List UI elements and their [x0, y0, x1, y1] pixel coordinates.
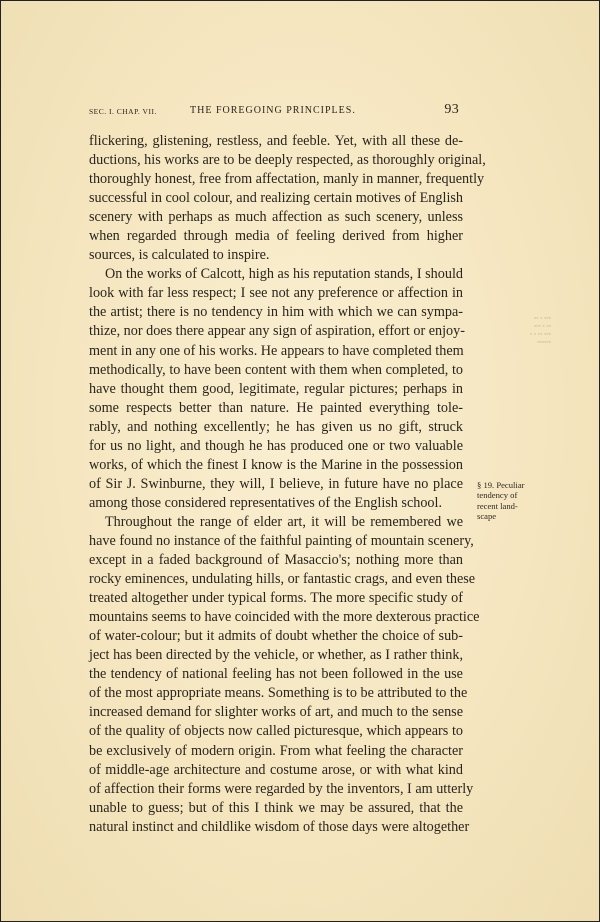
- text-line: of the quality of objects now called pic…: [89, 722, 463, 741]
- margin-note-line: scape: [477, 511, 577, 521]
- text-line: unable to guess; but of this I think we …: [89, 799, 463, 818]
- text-line: of middle-age architecture and costume a…: [89, 761, 463, 780]
- margin-note-line: § 19. Peculiar: [477, 480, 577, 490]
- text-line: of the most appropriate means. Something…: [89, 684, 463, 703]
- text-line: sources, is calculated to inspire.: [89, 246, 463, 265]
- text-line: successful in cool colour, and realizing…: [89, 189, 463, 208]
- text-line: works, of which the finest I know is the…: [89, 456, 463, 475]
- paragraph-start-line: Throughout the range of elder art, it wi…: [89, 513, 463, 532]
- text-line: be exclusively of modern origin. From wh…: [89, 742, 463, 761]
- bleed-through-text: ▪▪▪ ▪ ▪▪▪▪ ▪ ▪▪▪▪▪▪ ▪▪ ▪ ▪▪▪▪▪▪▪: [491, 315, 551, 347]
- text-line: when regarded through media of feeling d…: [89, 227, 463, 246]
- text-line: scenery with perhaps as much affection a…: [89, 208, 463, 227]
- text-line: thoroughly honest, free from affectation…: [89, 170, 463, 189]
- text-line: natural instinct and childlike wisdom of…: [89, 818, 463, 837]
- text-line: ject has been directed by the vehicle, o…: [89, 646, 463, 665]
- text-line: ductions, his works are to be deeply res…: [89, 151, 463, 170]
- text-line: ment in any one of his works. He appears…: [89, 342, 463, 361]
- text-line: increased demand for slighter works of a…: [89, 703, 463, 722]
- text-line: of Sir J. Swinburne, they will, I believ…: [89, 475, 463, 494]
- text-line: rably, and nothing excellently; he has g…: [89, 418, 463, 437]
- text-line: some respects better than nature. He pai…: [89, 399, 463, 418]
- section-chapter-label: Sec. I. Chap. VII.: [89, 107, 157, 116]
- text-line: flickering, glistening, restless, and fe…: [89, 132, 463, 151]
- text-line: the artist; there is no tendency in him …: [89, 303, 463, 322]
- book-page: ▪▪▪ ▪ ▪▪▪▪ ▪ ▪▪▪▪▪▪ ▪▪ ▪ ▪▪▪▪▪▪▪ Sec. I.…: [0, 0, 600, 922]
- text-line: thize, nor does there appear any sign of…: [89, 322, 463, 341]
- text-line: for us no light, and though he has produ…: [89, 437, 463, 456]
- text-line: of affection their forms were regarded b…: [89, 780, 463, 799]
- running-title: The Foregoing Principles.: [190, 105, 356, 116]
- text-line: of water-colour; but it admits of doubt …: [89, 627, 463, 646]
- text-line: look with far less respect; I see not an…: [89, 284, 463, 303]
- margin-note-line: tendency of: [477, 490, 577, 500]
- text-line: methodically, to have been content with …: [89, 361, 463, 380]
- body-text: flickering, glistening, restless, and fe…: [89, 132, 463, 837]
- running-head: Sec. I. Chap. VII. The Foregoing Princip…: [89, 105, 463, 121]
- margin-note: § 19. Peculiar tendency of recent land- …: [477, 480, 577, 522]
- paragraph-start-line: On the works of Calcott, high as his rep…: [89, 265, 463, 284]
- text-line: except in a faded background of Masaccio…: [89, 551, 463, 570]
- text-line: the tendency of national feeling has not…: [89, 665, 463, 684]
- margin-note-line: recent land-: [477, 501, 577, 511]
- text-line: mountains seems to have coincided with t…: [89, 608, 463, 627]
- text-line: have thought them good, legitimate, regu…: [89, 380, 463, 399]
- text-line: have found no instance of the faithful p…: [89, 532, 463, 551]
- text-line: treated altogether under typical forms. …: [89, 589, 463, 608]
- page-number: 93: [444, 102, 459, 118]
- text-line: rocky eminences, undulating hills, or fa…: [89, 570, 463, 589]
- text-line: among those considered representatives o…: [89, 494, 463, 513]
